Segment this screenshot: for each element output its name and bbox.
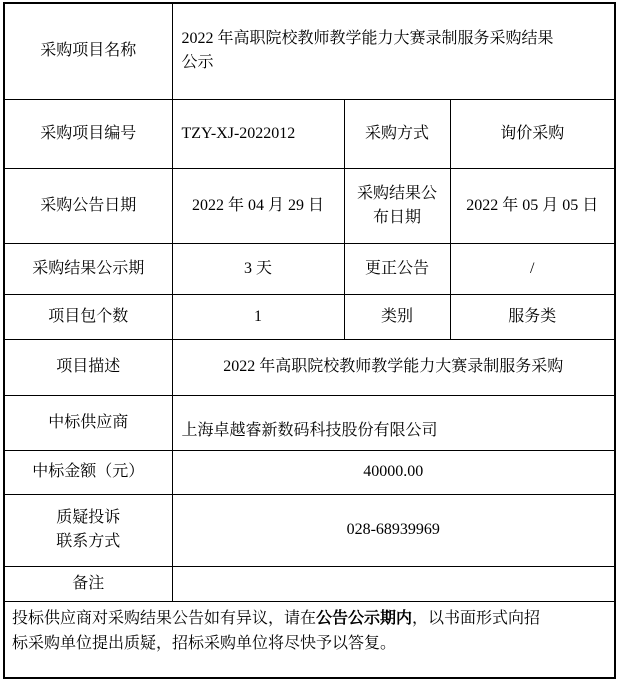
project-number-label: 采购项目编号 (4, 99, 172, 168)
announce-date-value: 2022 年 04 月 29 日 (172, 168, 344, 243)
amount-label: 中标金额（元） (4, 450, 172, 494)
method-value: 询价采购 (450, 99, 615, 168)
package-count-value: 1 (172, 294, 344, 339)
category-label: 类别 (344, 294, 450, 339)
publicity-period-value: 3 天 (172, 243, 344, 294)
row-project-name: 采购项目名称 2022 年高职院校教师教学能力大赛录制服务采购结果 公示 (4, 3, 615, 99)
row-contact: 质疑投诉 联系方式 028-68939969 (4, 494, 615, 566)
result-date-value: 2022 年 05 月 05 日 (450, 168, 615, 243)
correction-label: 更正公告 (344, 243, 450, 294)
row-dates: 采购公告日期 2022 年 04 月 29 日 采购结果公 布日期 2022 年… (4, 168, 615, 243)
winner-value: 上海卓越睿新数码科技股份有限公司 (172, 395, 615, 450)
category-value: 服务类 (450, 294, 615, 339)
winner-label: 中标供应商 (4, 395, 172, 450)
method-label: 采购方式 (344, 99, 450, 168)
row-remarks: 备注 (4, 566, 615, 601)
row-project-number: 采购项目编号 TZY-XJ-2022012 采购方式 询价采购 (4, 99, 615, 168)
publicity-period-label: 采购结果公示期 (4, 243, 172, 294)
footer-note-prefix: 投标供应商对采购结果公告如有异议，请在 (12, 610, 316, 627)
row-description: 项目描述 2022 年高职院校教师教学能力大赛录制服务采购 (4, 339, 615, 395)
row-package-count: 项目包个数 1 类别 服务类 (4, 294, 615, 339)
description-label: 项目描述 (4, 339, 172, 395)
remarks-value (172, 566, 615, 601)
amount-value: 40000.00 (172, 450, 615, 494)
footer-note: 投标供应商对采购结果公告如有异议，请在公告公示期内，以书面形式向招 标采购单位提… (4, 601, 615, 678)
row-publicity-period: 采购结果公示期 3 天 更正公告 / (4, 243, 615, 294)
row-footer-note: 投标供应商对采购结果公告如有异议，请在公告公示期内，以书面形式向招 标采购单位提… (4, 601, 615, 678)
announce-date-label: 采购公告日期 (4, 168, 172, 243)
footer-note-bold: 公告公示期内 (316, 610, 412, 627)
contact-value: 028-68939969 (172, 494, 615, 566)
project-number-value: TZY-XJ-2022012 (172, 99, 344, 168)
row-amount: 中标金额（元） 40000.00 (4, 450, 615, 494)
project-name-label: 采购项目名称 (4, 3, 172, 99)
result-date-label: 采购结果公 布日期 (344, 168, 450, 243)
remarks-label: 备注 (4, 566, 172, 601)
package-count-label: 项目包个数 (4, 294, 172, 339)
row-winner: 中标供应商 上海卓越睿新数码科技股份有限公司 (4, 395, 615, 450)
procurement-result-table: 采购项目名称 2022 年高职院校教师教学能力大赛录制服务采购结果 公示 采购项… (3, 2, 616, 679)
project-name-value: 2022 年高职院校教师教学能力大赛录制服务采购结果 公示 (172, 3, 615, 99)
correction-value: / (450, 243, 615, 294)
contact-label: 质疑投诉 联系方式 (4, 494, 172, 566)
description-value: 2022 年高职院校教师教学能力大赛录制服务采购 (172, 339, 615, 395)
